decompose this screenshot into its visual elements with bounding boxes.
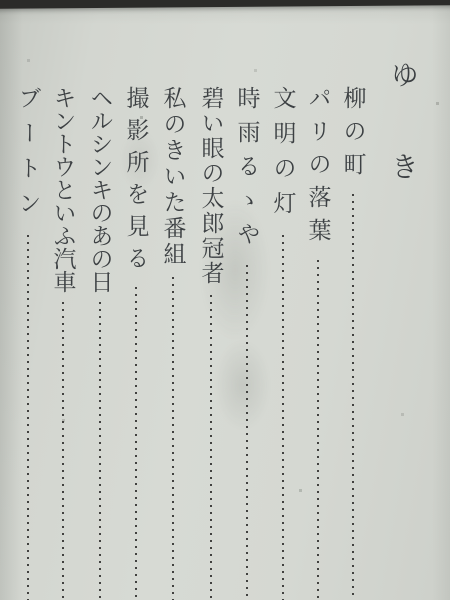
dotted-leader	[352, 194, 354, 600]
toc-entry-title: 柳の町	[342, 86, 365, 185]
book-photo: { "toc": { "section_title": "ゆき", "entri…	[0, 0, 450, 600]
toc-entry-title: キントウといふ汽車	[52, 86, 75, 293]
toc-entry-title: パリの落葉	[307, 86, 330, 251]
toc-entry: 碧い眼の太郎冠者	[193, 86, 229, 600]
dotted-leader	[246, 265, 248, 600]
dotted-leader	[317, 260, 319, 600]
toc-entry: 文明の灯	[265, 86, 301, 600]
toc-entry: 撮影所を見る	[118, 86, 154, 600]
toc-entry: ブートン	[10, 86, 46, 600]
toc-entry: 柳の町	[335, 86, 371, 600]
toc-entry: ヘルシンキのあの日	[82, 86, 118, 600]
toc-entry-title: 時雨るゝや	[236, 86, 259, 256]
toc-entry-title: ブートン	[17, 86, 40, 226]
toc-entry-title: 私のきいた番組	[162, 86, 185, 268]
toc-entry: パリの落葉	[300, 86, 336, 600]
dotted-leader	[210, 295, 212, 600]
toc-entry-title: ヘルシンキのあの日	[89, 86, 112, 293]
dotted-leader	[62, 302, 64, 600]
toc-entry-title: 文明の灯	[272, 86, 295, 226]
dotted-leader	[282, 235, 284, 600]
section-title: ゆき	[388, 60, 416, 244]
book-top-edge-shadow	[0, 0, 450, 9]
toc-entry: キントウといふ汽車	[45, 86, 81, 600]
toc-entry-title: 撮影所を見る	[125, 86, 148, 278]
dotted-leader	[172, 277, 174, 600]
dotted-leader	[27, 235, 29, 600]
toc-entry: 時雨るゝや	[229, 86, 265, 600]
book-page: ゆき 柳の町 パリの落葉 文明の灯 時雨るゝや 碧い眼の太郎冠者 私のきいた番組…	[0, 0, 450, 600]
toc-entry: 私のきいた番組	[155, 86, 191, 600]
toc-entry-title: 碧い眼の太郎冠者	[200, 86, 223, 286]
dotted-leader	[99, 302, 101, 600]
dotted-leader	[135, 287, 137, 600]
